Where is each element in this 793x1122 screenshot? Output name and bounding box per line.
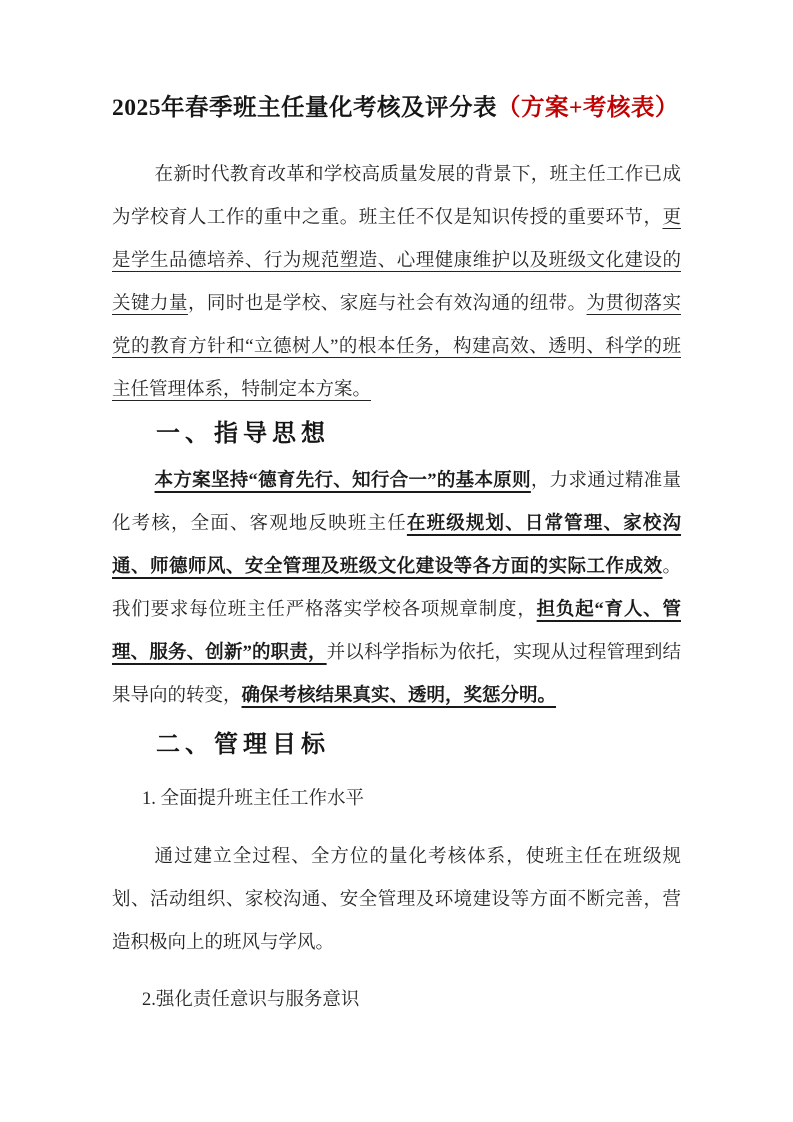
document-title-main: 2025年春季班主任量化考核及评分表 [112,95,497,121]
text-run: 在新时代教育改革和学校高质量发展的背景下，班主任工作已成为学校育人工作的重中之重… [112,165,681,228]
subsection-title-2: 2.强化责任意识与服务意识 [112,979,681,1022]
goal-1-paragraph: 通过建立全过程、全方位的量化考核体系，使班主任在班级规划、活动组织、家校沟通、安… [112,836,681,965]
section-heading-management-goals: 二、管理目标 [112,725,681,765]
section-heading-guiding-ideology: 一、指导思想 [112,414,681,454]
document-title: 2025年春季班主任量化考核及评分表（方案+考核表） [112,88,681,128]
bold-underlined-text-run: 确保考核结果真实、透明，奖惩分明。 [242,686,557,706]
intro-paragraph: 在新时代教育改革和学校高质量发展的背景下，班主任工作已成为学校育人工作的重中之重… [112,154,681,412]
document-page: 2025年春季班主任量化考核及评分表（方案+考核表） 在新时代教育改革和学校高质… [0,0,793,1122]
subsection-title-1: 1. 全面提升班主任工作水平 [112,778,681,821]
text-run: ，同时也是学校、家庭与社会有效沟通的纽带。 [188,294,587,314]
bold-underlined-text-run: 本方案坚持“德育先行、知行合一”的基本原则 [155,471,531,491]
guiding-ideology-paragraph: 本方案坚持“德育先行、知行合一”的基本原则，力求通过精准量化考核，全面、客观地反… [112,460,681,718]
document-title-suffix: （方案+考核表） [497,95,679,121]
